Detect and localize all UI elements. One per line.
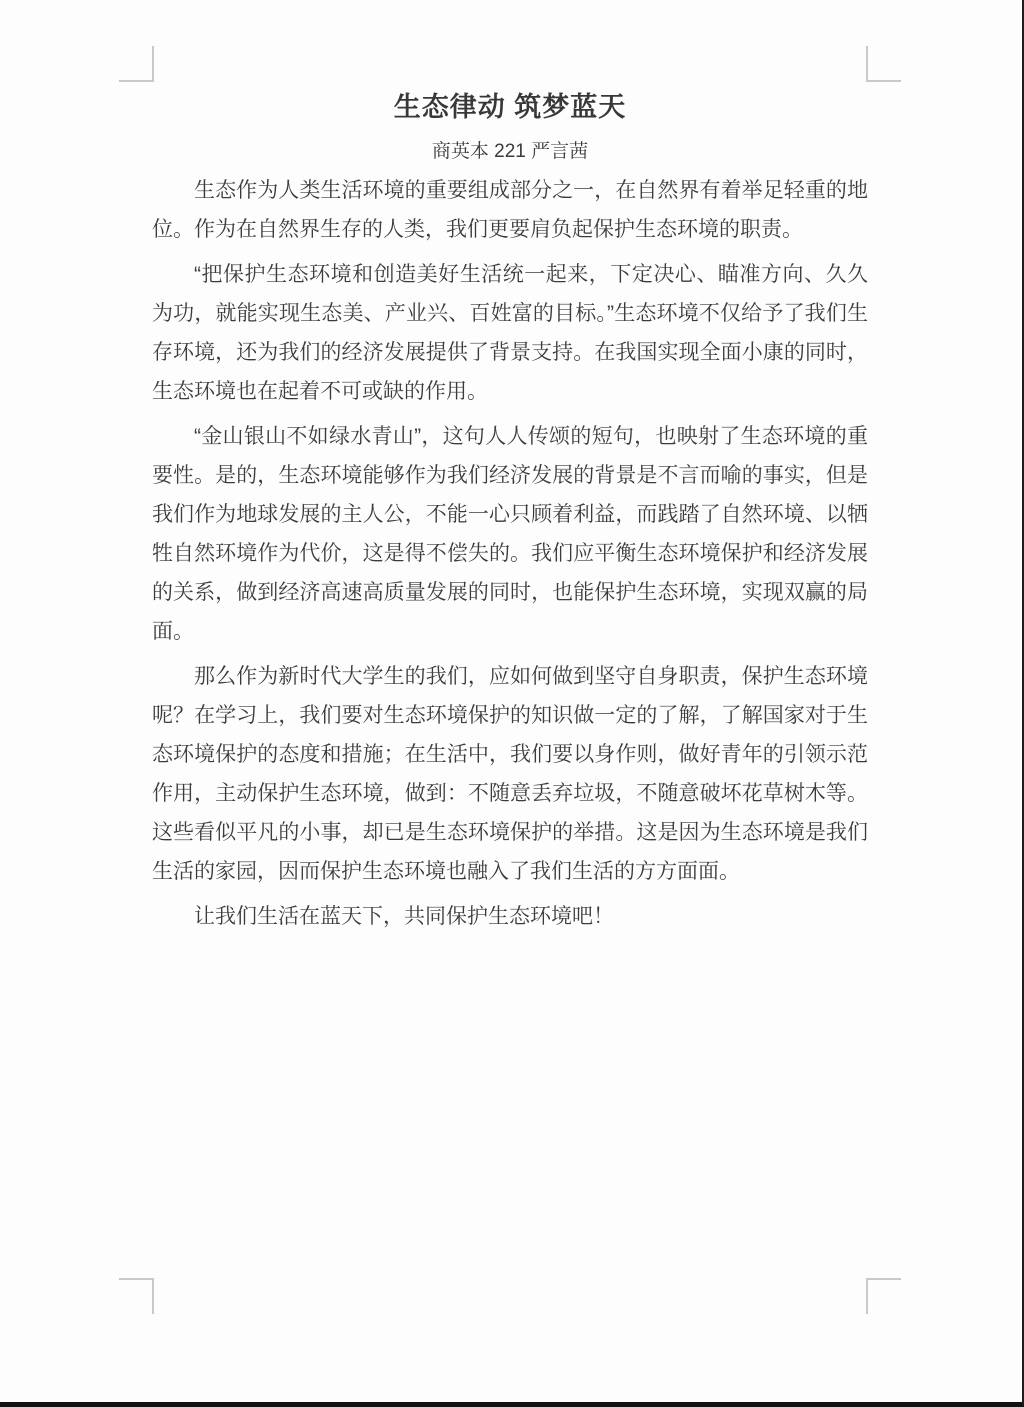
document-body: 生态作为人类生活环境的重要组成部分之一，在自然界有着举足轻重的地位。作为在自然界… [152,171,868,936]
author-line: 商英本 221 严言茜 [152,140,868,164]
paragraph-3: “金山银山不如绿水青山”，这句人人传颂的短句，也映射了生态环境的重要性。是的，生… [152,417,868,651]
document-title: 生态律动 筑梦蓝天 [152,90,868,124]
paragraph-5: 让我们生活在蓝天下，共同保护生态环境吧！ [152,897,868,936]
crop-mark-bottom-left [119,1278,154,1314]
crop-mark-top-left [119,46,154,82]
paragraph-2: “把保护生态环境和创造美好生活统一起来，下定决心、瞄准方向、久久为功，就能实现生… [152,255,868,411]
document-page: 生态律动 筑梦蓝天 商英本 221 严言茜 生态作为人类生活环境的重要组成部分之… [0,0,1024,1407]
crop-mark-top-right [866,46,901,82]
paragraph-1: 生态作为人类生活环境的重要组成部分之一，在自然界有着举足轻重的地位。作为在自然界… [152,171,868,249]
text-area: 生态律动 筑梦蓝天 商英本 221 严言茜 生态作为人类生活环境的重要组成部分之… [152,90,868,942]
paragraph-4: 那么作为新时代大学生的我们，应如何做到坚守自身职责，保护生态环境呢？在学习上，我… [152,657,868,891]
crop-mark-bottom-right [866,1278,901,1314]
